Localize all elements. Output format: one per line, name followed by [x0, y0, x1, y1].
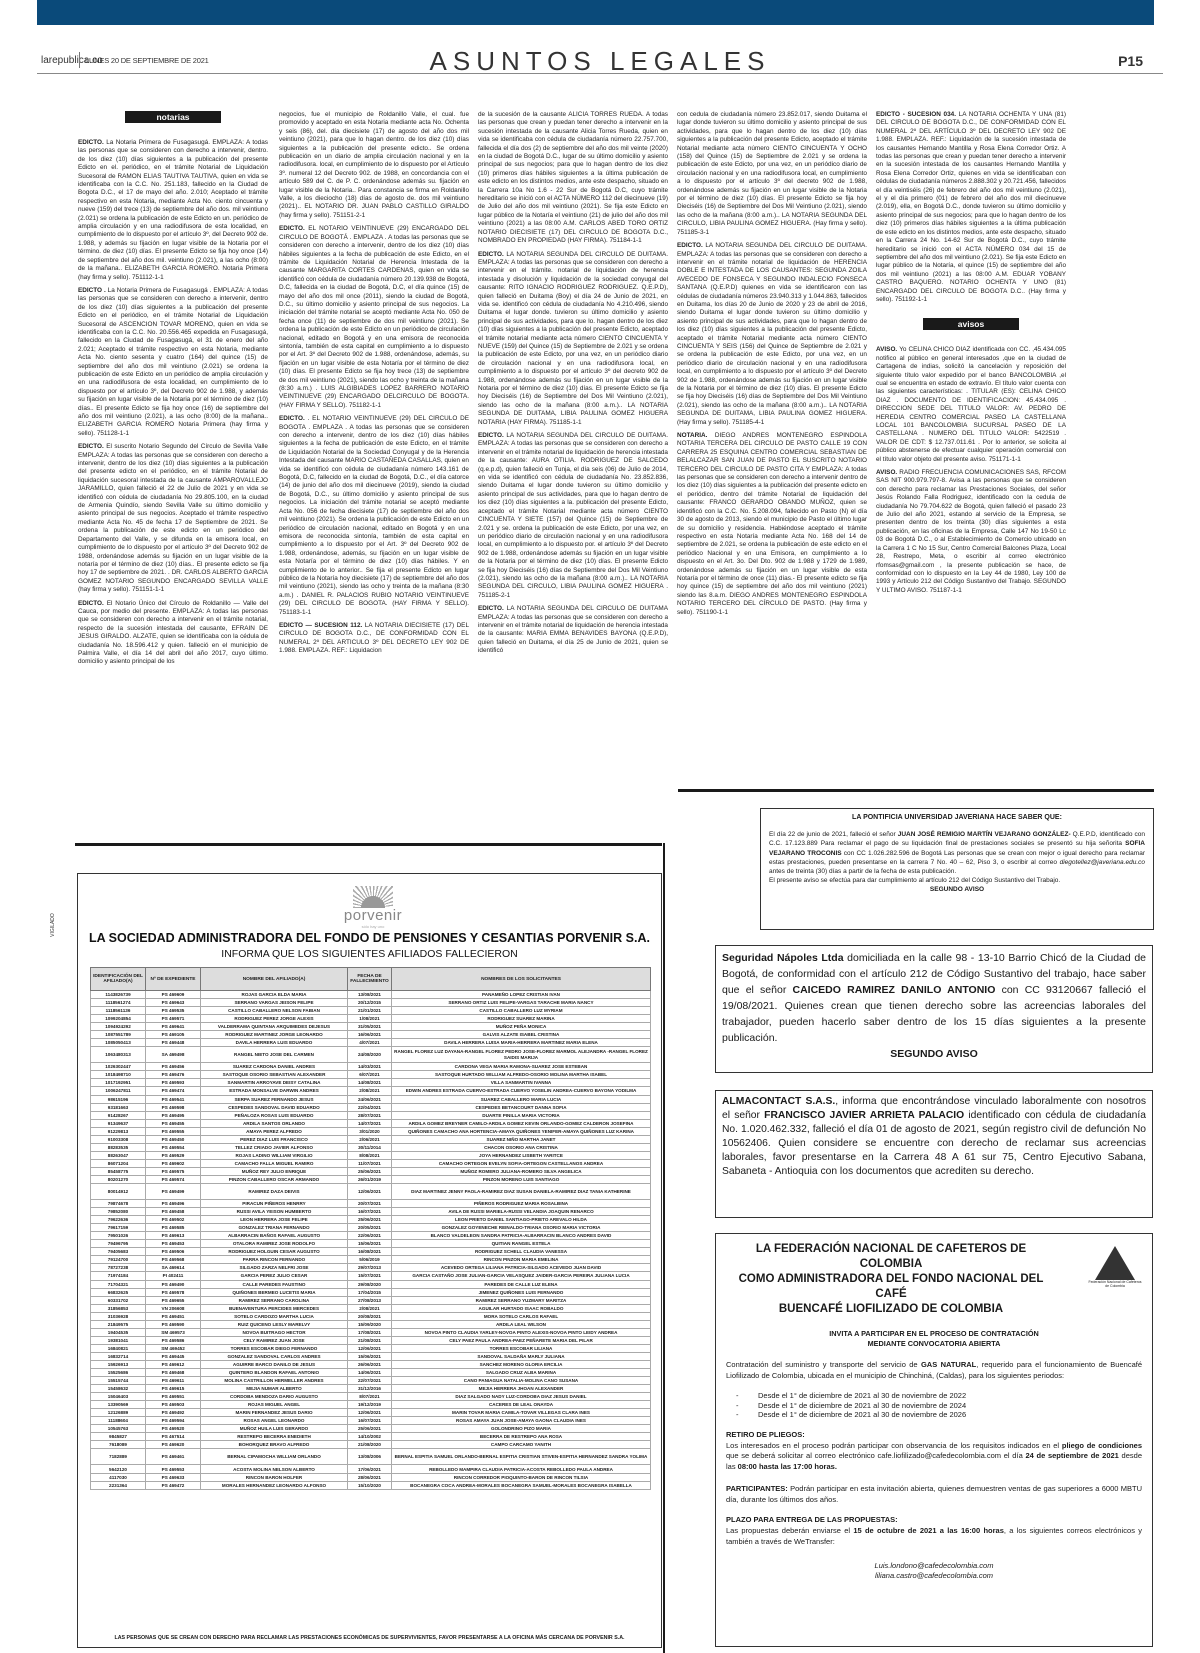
table-cell: 16/07/2021 — [348, 1208, 392, 1216]
table-cell: MUÑOZ REY JULIO ENRIQUE — [201, 1167, 348, 1175]
table-cell: 12126889 — [91, 1409, 146, 1417]
notice-lead: EDICTO. — [279, 415, 308, 422]
table-cell: 31856853 — [91, 1304, 146, 1312]
table-cell: CELY RAMIREZ JUAN JOSE — [201, 1336, 348, 1344]
table-cell: 13/08/2006 — [348, 1449, 392, 1465]
notice-entry: EDICTO — SUCESION 112. LA NOTARIA DIECIS… — [279, 622, 469, 656]
avisos-section-label: avisos — [923, 318, 1019, 330]
table-row: 12126889PS 469492MARIN FERNANDEZ JESUS D… — [91, 1409, 651, 1417]
table-cell: SERRANO ORTIZ LUIS FELIPE-VARGAS TARACHE… — [392, 999, 651, 1007]
table-row: 1085050413PS 469448DAVILA HERRERA LUIS E… — [91, 1039, 651, 1047]
table-cell: CHACON OSORIO ANA CRISTINA — [392, 1143, 651, 1151]
table-cell: GALVIS ALZATE ISABEL CRISTINA — [392, 1031, 651, 1039]
table-cell: SUAREZ NIÑO MARTHA JANET — [392, 1135, 651, 1143]
table-cell: BUENAVENTURA PERCIDES MERCEDES — [201, 1304, 348, 1312]
table-row: 1099204854PS 469571RODRIGUEZ PEREZ JORGE… — [91, 1015, 651, 1023]
col-header-solicitantes: NOMBRES DE LOS SOLICITANTES — [392, 968, 651, 991]
table-cell: CALLE PAREDES FAUSTINO — [201, 1280, 348, 1288]
table-cell: PS 469458 — [146, 1208, 201, 1216]
table-cell: CASTILLO CABALLERO LUZ MYRIAM — [392, 1007, 651, 1015]
table-cell: ROSAS ANGEL LEONARDO — [201, 1417, 348, 1425]
table-row: 88263047PS 469529ROJAS LADINO WILLIAM VI… — [91, 1151, 651, 1159]
federacion-title: LA FEDERACIÓN NACIONAL DE CAFETEROS DE C… — [726, 1242, 1056, 1317]
notice-lead: EDICTO. — [478, 605, 507, 612]
table-cell: RINCON CORREDOR PIOQUINTO-BARON DE RINCO… — [392, 1473, 651, 1481]
table-row: 85458775PS 469575MUÑOZ REY JULIO ENRIQUE… — [91, 1167, 651, 1175]
notice-lead: NOTARIA. — [677, 432, 715, 439]
table-cell: SM 469452 — [146, 1344, 201, 1352]
table-cell: BOCANEGRA COCA ANDREA-MORALES BOCANEGRA … — [392, 1481, 651, 1489]
notice-lead: AVISO. — [876, 346, 899, 353]
notice-entry: de la sucesión de la causante ALICIA TOR… — [478, 111, 668, 246]
col-header-expediente: Nº DE EXPEDIENTE — [146, 968, 201, 991]
table-cell: CAMACHO FALLA MIGUEL RAMIRO — [201, 1159, 348, 1167]
table-cell: PS 469620 — [146, 1441, 201, 1449]
table-cell: PS 469554 — [146, 1143, 201, 1151]
table-cell: PS 469472 — [146, 1481, 201, 1489]
table-cell: 1118561136 — [91, 1007, 146, 1015]
table-cell: 16/06/2021 — [348, 1031, 392, 1039]
table-cell: SA 469498 — [146, 1047, 201, 1063]
table-row: 1018498710PS 469476SASTOQUE OSORIO SEBAS… — [91, 1071, 651, 1079]
table-row: 11188604PS 469594ROSAS ANGEL LEONARDO16/… — [91, 1417, 651, 1425]
table-cell: 1118561274 — [91, 999, 146, 1007]
table-cell: PS 469503 — [146, 1401, 201, 1409]
notice-entry: con cedula de ciudadanía número 23.852.0… — [677, 111, 867, 237]
federacion-intro: Contratación del suministro y transporte… — [726, 1360, 1142, 1381]
table-cell: SANMARTIN ARROYAVE DEISY CATALINA — [201, 1079, 348, 1087]
table-row: 21849575PS 469590RUIZ QUICENO LESLY MARE… — [91, 1320, 651, 1328]
table-row: 79622636PS 469502LEON HERRERA JOSE FELIP… — [91, 1216, 651, 1224]
table-cell: BERNAL ESPITIA SAMUEL ORLANDO-BERNAL ESP… — [392, 1449, 651, 1465]
table-cell: ARDILA SANTOS ORLANDO — [201, 1119, 348, 1127]
table-cell: 79496795 — [91, 1240, 146, 1248]
table-cell: 9845827 — [91, 1433, 146, 1441]
table-cell: RODRIGUEZ MARTINEZ JORGE LEONARDO — [201, 1031, 348, 1039]
notice-entry: EDICTO. LA NOTARIA SEGUNDA DEL CIRCULO D… — [478, 605, 668, 655]
table-cell: PS 469613 — [146, 1232, 201, 1240]
section-divider-right — [678, 789, 1154, 792]
table-cell: 14/10/2002 — [348, 1433, 392, 1441]
col-header-nombre: NOMBRE DEL AFILIADO(A) — [201, 968, 348, 991]
table-cell: 15515744 — [91, 1377, 146, 1385]
table-cell: 8/07/2021 — [348, 1393, 392, 1401]
table-cell: PS 469585 — [146, 1224, 201, 1232]
table-row: 13390569PS 469503ROJAS MIGUEL ANGEL19/12… — [91, 1401, 651, 1409]
table-cell: 31/12/2016 — [348, 1385, 392, 1393]
table-cell: PS 469450 — [146, 1135, 201, 1143]
table-cell: 20/08/2021 — [348, 1312, 392, 1320]
table-cell: SA 469614 — [146, 1264, 201, 1272]
table-row: 9845827PS 467514RESTREPO BECERRA ENEDIET… — [91, 1433, 651, 1441]
notice-entry: NOTARIA. DIEGO ANDRES MONTENEGRO ESPINDO… — [677, 432, 867, 617]
federacion-periods: Desde el 1° de diciembre de 2021 al 30 d… — [736, 1391, 1142, 1420]
table-cell: 6/07/2021 — [348, 1071, 392, 1079]
table-cell: 4/07/2021 — [348, 1039, 392, 1047]
table-cell: PS 469492 — [146, 1409, 201, 1417]
notice-text: La Notaria Primera de Fusagasugá. EMPLAZ… — [78, 139, 268, 281]
table-cell: SASTOQUE HURTADO WILLIAM ALFREDO-OSORIO … — [392, 1071, 651, 1079]
table-cell: 91428267 — [91, 1111, 146, 1119]
table-row: 88283535PS 469554TELLEZ CRIADO JAVIER AL… — [91, 1143, 651, 1151]
table-cell: AMAYA PEREZ ALFREDO — [201, 1127, 348, 1135]
table-cell: RAMIREZ SERRANO YUZMARY MARITZA — [392, 1296, 651, 1304]
table-row: 79874678PS 469496PIRACUN PIÑEROS HENRRY2… — [91, 1200, 651, 1208]
table-row: 93181663PS 469598CESPEDES SANDOVAL DAVID… — [91, 1103, 651, 1111]
table-cell: 1099204854 — [91, 1015, 146, 1023]
notice-lead: EDICTO. — [78, 443, 106, 450]
table-cell: SALGADO CRUZ ALBA MARINA — [392, 1369, 651, 1377]
table-row: 5642120PS 469553ACOSTA MOLINA NELSON ALB… — [91, 1465, 651, 1473]
table-cell: PS 469568 — [146, 1256, 201, 1264]
table-cell: PS 469593 — [146, 1079, 201, 1087]
table-cell: 15525686 — [91, 1369, 146, 1377]
notice-text: Yo CELINA CHICO DIAZ identificada con CC… — [876, 346, 1066, 462]
table-cell: CELY PAEZ PAULA ANDREA-PAEZ PEÑARETE MAR… — [392, 1336, 651, 1344]
table-row: 10545763PS 469520MUÑOZ HUILA LUIS GERARD… — [91, 1425, 651, 1433]
notice-lead: EDICTO. — [478, 251, 506, 258]
table-cell: QUIÑONES CAMACHO ANA HORTENCIA-AMAYA QUI… — [392, 1127, 651, 1135]
table-cell: PS 469555 — [146, 1127, 201, 1135]
email-link[interactable]: Luis.londono@cafedecolombia.com — [726, 1561, 1142, 1571]
plazo-text: Las propuestas deberán enviarse el 15 de… — [726, 1526, 1142, 1547]
table-cell: 79874678 — [91, 1200, 146, 1208]
table-cell: 71704321 — [91, 1280, 146, 1288]
table-row: 16832714PS 469445GONZALEZ SANDOVAL CARLO… — [91, 1352, 651, 1360]
table-cell: PS 469609 — [146, 991, 201, 999]
table-cell: PS 469611 — [146, 1377, 201, 1385]
vigilado-label: VIGILADO — [81, 882, 91, 977]
table-cell: 14/07/2021 — [348, 1119, 392, 1127]
table-cell: PS 469468 — [146, 1369, 201, 1377]
table-row: 80201270PS 469574PINZON CABALLERO OSCAR … — [91, 1175, 651, 1183]
table-cell: MARIN FERNANDEZ JESUS DARIO — [201, 1409, 348, 1417]
table-cell: LEON PRIETO DANIEL SANTIAGO-PRIETO AREVA… — [392, 1216, 651, 1224]
table-cell: MARIN TOVAR MARIA CAMILA-TOVAR VILLEGAS … — [392, 1409, 651, 1417]
almacontact-company: ALMACONTACT S.A.S. — [722, 1096, 835, 1107]
notarias-column-3: de la sucesión de la causante ALICIA TOR… — [478, 111, 668, 661]
table-cell: CAMACHO ORTEGON EVELYN SOFIA-ORTEGON CAS… — [392, 1159, 651, 1167]
table-row: 19381041PS 469586CELY RAMIREZ JUAN JOSE2… — [91, 1336, 651, 1344]
table-cell: RINCON PINZON MARIA EMELINA — [392, 1256, 651, 1264]
table-cell: PS 469578 — [146, 1288, 201, 1296]
column-entries: negocios, fue el municipio de Roldanillo… — [279, 111, 469, 656]
table-cell: 16840821 — [91, 1344, 146, 1352]
almacontact-notice: ALMACONTACT S.A.S., informa que encontrá… — [715, 1090, 1153, 1218]
table-cell: SM 469573 — [146, 1328, 201, 1336]
table-row: 79496795PS 469453OTALORA RAMIREZ JOSE RO… — [91, 1240, 651, 1248]
table-row: 86071204PS 469602CAMACHO FALLA MIGUEL RA… — [91, 1159, 651, 1167]
table-row: 31856853VN 206608BUENAVENTURA PERCIDES M… — [91, 1304, 651, 1312]
table-cell: ARDILA GOMEZ BREYNER CAMILO-ARDILA GOMEZ… — [392, 1119, 651, 1127]
table-cell: 2231364 — [91, 1481, 146, 1489]
notice-entry: EDICTO - SUCESION 034. LA NOTARIA OCHENT… — [876, 111, 1066, 304]
notice-entry: EDICTO. . EL NOTARIO VEINTINUEVE (29) DE… — [279, 415, 469, 617]
table-cell: PINZON MORENO LUIS SANTIAGO — [392, 1175, 651, 1183]
table-cell: RANGEL NIETO JOSE DEL CARMEN — [201, 1047, 348, 1063]
table-cell: PEREZ DIAZ LUIS FRANCISCO — [201, 1135, 348, 1143]
table-row: 15926913PS 469612AGUIRRE BARCO DANILO DE… — [91, 1360, 651, 1368]
javeriana-email-link[interactable]: diegotellez@javeriana.edu.co — [1060, 859, 1145, 866]
table-cell: 71974184 — [91, 1272, 146, 1280]
table-cell: 11/07/2021 — [348, 1159, 392, 1167]
logo-tagline: sólo hay uno — [328, 924, 418, 929]
table-cell: PIÑEROS RODRIGUEZ MARIA ROSALBINA — [392, 1200, 651, 1208]
table-cell: PS 469633 — [146, 1473, 201, 1481]
table-cell: ESTRADA MONSALVE DARWIN ANDRES — [201, 1087, 348, 1095]
table-cell: PS 469499 — [146, 1184, 201, 1200]
table-cell: QUIÑONES BERMEO LUCETIS MARIA — [201, 1288, 348, 1296]
table-cell: 79124700 — [91, 1256, 146, 1264]
table-cell: RANGEL FLOREZ LUZ DAYANA-RANGEL FLOREZ P… — [392, 1047, 651, 1063]
napoles-company: Seguridad Nápoles Ltda — [722, 952, 844, 964]
table-cell: ROSAS AMAYA JUAN JOSE-AMAYA GAONA CLAUDI… — [392, 1417, 651, 1425]
table-cell: VN 206608 — [146, 1304, 201, 1312]
table-cell: 79617159 — [91, 1224, 146, 1232]
notice-entry: AVISO. Yo CELINA CHICO DIAZ identificada… — [876, 346, 1066, 464]
table-row: 1017192951PS 469593SANMARTIN ARROYAVE DE… — [91, 1079, 651, 1087]
notice-lead: EDICTO. — [677, 242, 705, 249]
table-cell: 13/08/2021 — [348, 991, 392, 999]
table-cell: MORALES HERNANDEZ LEONARDO ALFONSO — [201, 1481, 348, 1489]
table-cell: 1/08/2021 — [348, 1015, 392, 1023]
table-cell: 4117030 — [91, 1473, 146, 1481]
table-row: 15515744PS 469611MOLINA CASTRILLON HERME… — [91, 1377, 651, 1385]
deceased-affiliates-table: IDENTIFICACIÓN DEL AFILIADO(A) Nº DE EXP… — [90, 967, 651, 1490]
table-row: 16840821SM 469452TORRES ESCOBAR DIEGO FE… — [91, 1344, 651, 1352]
notice-text: LA NOTARIA SEGUNDA DEL CIRCULO DE DUITAM… — [478, 605, 668, 654]
table-cell: 27/08/2013 — [348, 1296, 392, 1304]
period-item: Desde el 1° de diciembre de 2021 al 30 d… — [736, 1391, 1142, 1401]
table-cell: EDWIN ANDRES ESTRADA CUERVO-ESTRADA CUER… — [392, 1087, 651, 1095]
table-cell: 21/08/2020 — [348, 1441, 392, 1449]
notice-entry: EDICTO. EL NOTARIO VEINTINUEVE (29) ENCA… — [279, 225, 469, 410]
table-cell: ALBARRACIN BAÑOS RAFAEL AUGUSTO — [201, 1232, 348, 1240]
table-cell: 19/12/2019 — [348, 1401, 392, 1409]
plazo-heading: PLAZO PARA ENTREGA DE LAS PROPUESTAS: — [726, 1515, 1142, 1524]
table-row: 60331702PS 469655RAMIREZ SERRANO CAROLIN… — [91, 1296, 651, 1304]
table-row: 79501026PS 469613ALBARRACIN BAÑOS RAFAEL… — [91, 1232, 651, 1240]
table-cell: 15/07/2021 — [348, 1272, 392, 1280]
table-cell: PS 469553 — [146, 1465, 201, 1473]
table-cell: RUSSI AVILA YEISON HUMBERTO — [201, 1208, 348, 1216]
table-cell: CANO PANIAGUA NATALIA-MOLINA CANO SUSANA — [392, 1377, 651, 1385]
table-cell: GARCIA PEREZ JULIO CESAR — [201, 1272, 348, 1280]
table-cell: PS 469643 — [146, 999, 201, 1007]
table-cell: ACEVEDO ORTEGA LILIANA PATRICIA-SILGADO … — [392, 1264, 651, 1272]
table-cell: 93181663 — [91, 1103, 146, 1111]
notice-entry: EDICTO. LA NOTARIA SEGUNDA DEL CIRCULO D… — [677, 242, 867, 427]
table-cell: VILLA SANMARTIN IVANNA — [392, 1079, 651, 1087]
table-row: 80014912PS 469499RAMIREZ DAZA DEIVIS12/0… — [91, 1184, 651, 1200]
table-row: 7618089PS 469620BOHORQUEZ BRAVO ALFREDO2… — [91, 1441, 651, 1449]
table-cell: PAREDES DE CALLE LUZ ELENA — [392, 1280, 651, 1288]
table-cell: GONZALEZ TRIANA FERNANDO — [201, 1224, 348, 1232]
notice-lead: EDICTO. — [78, 600, 107, 607]
column-entries-top: EDICTO - SUCESION 034. LA NOTARIA OCHENT… — [876, 111, 1066, 304]
table-cell: 80201270 — [91, 1175, 146, 1183]
porvenir-footer: LAS PERSONAS QUE SE CREAN CON DERECHO PA… — [78, 1635, 661, 1641]
table-cell: GONZALEZ SANDOVAL CARLOS ANDRES — [201, 1352, 348, 1360]
table-cell: PS 469506 — [146, 1248, 201, 1256]
page-number: P15 — [1118, 53, 1143, 69]
table-cell: 24/06/2021 — [348, 1095, 392, 1103]
table-cell: DIAZ MARTINEZ JENNY PAOLA-RAMIREZ DIAZ S… — [392, 1184, 651, 1200]
table-cell: BOHORQUEZ BRAVO ALFREDO — [201, 1441, 348, 1449]
table-cell: DAVILA HERRERA LUIS EDUARDO — [201, 1039, 348, 1047]
table-cell: 1006247811 — [91, 1087, 146, 1095]
table-cell: 21/01/2021 — [348, 1007, 392, 1015]
table-cell: ARDILA LEAL WILSON — [392, 1320, 651, 1328]
table-cell: CASTILLO CABALLERO NELSON FABIAN — [201, 1007, 348, 1015]
col-header-fecha: FECHA DE FALLECIMIENTO — [348, 968, 392, 991]
table-cell: 16/08/2021 — [348, 1248, 392, 1256]
table-cell: RUIZ QUICENO LESLY MARELVY — [201, 1320, 348, 1328]
table-cell: PS 469502 — [146, 1216, 201, 1224]
table-cell: SANDOVAL SALDAÑA MARLY JULIANA — [392, 1352, 651, 1360]
table-cell: JOYA HERNANDEZ LISBETH YARITCE — [392, 1151, 651, 1159]
col-header-id: IDENTIFICACIÓN DEL AFILIADO(A) — [91, 968, 146, 991]
table-cell: 26/01/2019 — [348, 1175, 392, 1183]
notice-entry: EDICTO. LA NOTARIA SEGUNDA DEL CIRCULO D… — [478, 251, 668, 428]
javeriana-body: El día 22 de junio de 2021, falleció el … — [769, 830, 1145, 876]
table-row: 1118561274PS 469643SERRANO VARGAS JEISON… — [91, 999, 651, 1007]
table-cell: PS 469641 — [146, 1023, 201, 1031]
table-cell: 15/06/2021 — [348, 1352, 392, 1360]
table-row: 31036928PS 469451SOTELO CARDOZO MARTHA L… — [91, 1312, 651, 1320]
table-cell: LEON HERRERA JOSE FELIPE — [201, 1216, 348, 1224]
table-cell: 5/06/2019 — [348, 1256, 392, 1264]
section-divider — [75, 843, 662, 846]
table-cell: NOVOA PINTO CLAUDIA YARLEY-NOVOA PINTO A… — [392, 1328, 651, 1336]
table-cell: 8/08/2021 — [348, 1151, 392, 1159]
table-cell: RODRIGUEZ SUAREZ MARINA — [392, 1015, 651, 1023]
table-cell: PS 469456 — [146, 1063, 201, 1071]
table-cell: CARDONA VEGA MARIA RAMONA-SUAREZ JOSE ES… — [392, 1063, 651, 1071]
table-cell: 15/10/2020 — [348, 1481, 392, 1489]
table-cell: 19404535 — [91, 1328, 146, 1336]
section-title: ASUNTOS LEGALES — [37, 46, 1163, 77]
table-cell: 14/03/2021 — [348, 1063, 392, 1071]
porvenir-notice: VIGILADO porvenir sólo hay uno LA SOCIED… — [77, 873, 662, 1648]
table-cell: MUÑOZ ROMERO JULIANA-ROMERO SILVA ANGELI… — [392, 1167, 651, 1175]
table-cell: RODRIGUEZ HOLGUIN CESAR AUGUSTO — [201, 1248, 348, 1256]
email-link[interactable]: liliana.castro@cafedecolombia.com — [726, 1571, 1142, 1581]
table-cell: 19381041 — [91, 1336, 146, 1344]
table-cell: 1085050413 — [91, 1039, 146, 1047]
table-cell: 1087551789 — [91, 1031, 146, 1039]
table-row: 15525686PS 469468QUINTERO BLANDON RAFAEL… — [91, 1369, 651, 1377]
notice-lead: EDICTO — SUCESION 112. — [279, 622, 365, 629]
table-cell: 98615196 — [91, 1095, 146, 1103]
table-row: 1063480313SA 469498RANGEL NIETO JOSE DEL… — [91, 1047, 651, 1063]
table-row: 79124700PS 469568PARRA RINCON FERNANDO5/… — [91, 1256, 651, 1264]
table-cell: 78727238 — [91, 1264, 146, 1272]
table-cell: 80014912 — [91, 1184, 146, 1200]
table-cell: 7182889 — [91, 1449, 146, 1465]
table-cell: MUÑOZ PEÑA MONICA — [392, 1023, 651, 1031]
table-header-row: IDENTIFICACIÓN DEL AFILIADO(A) Nº DE EXP… — [91, 968, 651, 991]
table-row: 66832625PS 469578QUIÑONES BERMEO LUCETIS… — [91, 1288, 651, 1296]
table-cell: PS 469571 — [146, 1015, 201, 1023]
table-row: 79617159PS 469585GONZALEZ TRIANA FERNAND… — [91, 1224, 651, 1232]
table-cell: 3/01/2020 — [348, 1127, 392, 1135]
table-cell: PS 469574 — [146, 1175, 201, 1183]
table-cell: MEJIA NUMAR ALBERTO — [201, 1385, 348, 1393]
federacion-notice: LA FEDERACIÓN NACIONAL DE CAFETEROS DE C… — [715, 1233, 1153, 1647]
table-cell: PS 469655 — [146, 1296, 201, 1304]
table-cell: RODRIGUEZ PEREZ JORGE ALEXIS — [201, 1015, 348, 1023]
notice-entry: EDICTO. El Notario Único del Círculo de … — [78, 600, 268, 667]
table-cell: 14/08/2021 — [348, 1079, 392, 1087]
table-cell: PS 469496 — [146, 1200, 201, 1208]
vertical-divider — [663, 843, 665, 1653]
table-cell: 79405683 — [91, 1248, 146, 1256]
period-item: Desde el 1° de diciembre de 2021 al 30 d… — [736, 1401, 1142, 1411]
table-cell: OTALORA RAMIREZ JOSE RODOLFO — [201, 1240, 348, 1248]
table-cell: 10545763 — [91, 1425, 146, 1433]
table-cell: DAVILA HERRERA LUISA MARIA-HERRERA MARTI… — [392, 1039, 651, 1047]
table-cell: 79501026 — [91, 1232, 146, 1240]
table-cell: PS 469541 — [146, 1095, 201, 1103]
table-cell: PS 469615 — [146, 1385, 201, 1393]
table-cell: RODRIGUEZ SCHELL CLAUDIA VANESSA — [392, 1248, 651, 1256]
table-cell: PS 469105 — [146, 1031, 201, 1039]
javeriana-closing: SEGUNDO AVISO — [769, 885, 1145, 894]
table-cell: 29/08/2020 — [348, 1280, 392, 1288]
table-cell: SUAREZ CABALLERO MARIA LUCIA — [392, 1095, 651, 1103]
table-cell: PS 469453 — [146, 1240, 201, 1248]
table-cell: QUINTERO BLANDON RAFAEL ANTONIO — [201, 1369, 348, 1377]
table-row: 79852080PS 469458RUSSI AVILA YEISON HUMB… — [91, 1208, 651, 1216]
napoles-closing: SEGUNDO AVISO — [722, 1046, 1146, 1062]
table-cell: ROJAS LADINO WILLIAM VIRGILIO — [201, 1151, 348, 1159]
table-cell: SASTOQUE OSORIO SEBASTIAN ALEXANDER — [201, 1071, 348, 1079]
column-entries: EDICTO. La Notaria Primera de Fusagasugá… — [78, 139, 268, 667]
masthead: larepublica.co LUNES 20 DE SEPTIEMBRE DE… — [37, 40, 1163, 74]
table-cell: RAMIREZ SERRANO CAROLINA — [201, 1296, 348, 1304]
table-cell: SERRANO VARGAS JEISON FELIPE — [201, 999, 348, 1007]
table-cell: BERNAL CIPAMOCHA WILLIAM ORLANDO — [201, 1449, 348, 1465]
table-cell: SANCHEZ MORENO GLORIA ERCILIA — [392, 1360, 651, 1368]
table-row: 1143826739PS 469609ROJAS GARCIA ELDA MAR… — [91, 991, 651, 999]
table-cell: 91229813 — [91, 1127, 146, 1135]
table-cell: MUÑOZ HUILA LUIS GERARDO — [201, 1425, 348, 1433]
table-cell: 15/09/2020 — [348, 1320, 392, 1328]
notice-text: EL NOTARIO VEINTINUEVE (29) ENCARGADO DE… — [279, 225, 469, 409]
table-cell: 1094924292 — [91, 1023, 146, 1031]
table-cell: 31036928 — [91, 1312, 146, 1320]
table-cell: 91349637 — [91, 1119, 146, 1127]
table-cell: GONZALEZ GOYENECHE REINALDO-TRIANA OSORI… — [392, 1224, 651, 1232]
notice-text: La Notaria Primera de Fusagasugá . EMPLA… — [78, 287, 268, 437]
table-cell: 1063480313 — [91, 1047, 146, 1063]
table-cell: 5642120 — [91, 1465, 146, 1473]
notarias-column-4: con cedula de ciudadanía número 23.852.0… — [677, 111, 867, 622]
table-cell: SERPA SUAREZ FERNANDO JESUS — [201, 1095, 348, 1103]
table-cell: AGUIRRE BARCO DANILO DE JESUS — [201, 1360, 348, 1368]
table-cell: PS 469551 — [146, 1393, 201, 1401]
table-cell: MORA SOTELO CARLOS RAFAEL — [392, 1312, 651, 1320]
table-cell: 11188604 — [91, 1417, 146, 1425]
table-cell: PARRA RINCON FERNANDO — [201, 1256, 348, 1264]
table-cell: BECERRA DE RESTREPO ANA ROSA — [392, 1433, 651, 1441]
participantes-text: PARTICIPANTES: Podrán participar en esta… — [726, 1484, 1142, 1505]
table-cell: GARCIA CASTAÑO JOSE JULIAN-GARCIA VELASQ… — [392, 1272, 651, 1280]
notice-lead: EDICTO. — [478, 432, 506, 439]
table-cell: PS 469594 — [146, 1417, 201, 1425]
table-cell: CORDOBA MENDOZA DARIO AUGUSTO — [201, 1393, 348, 1401]
